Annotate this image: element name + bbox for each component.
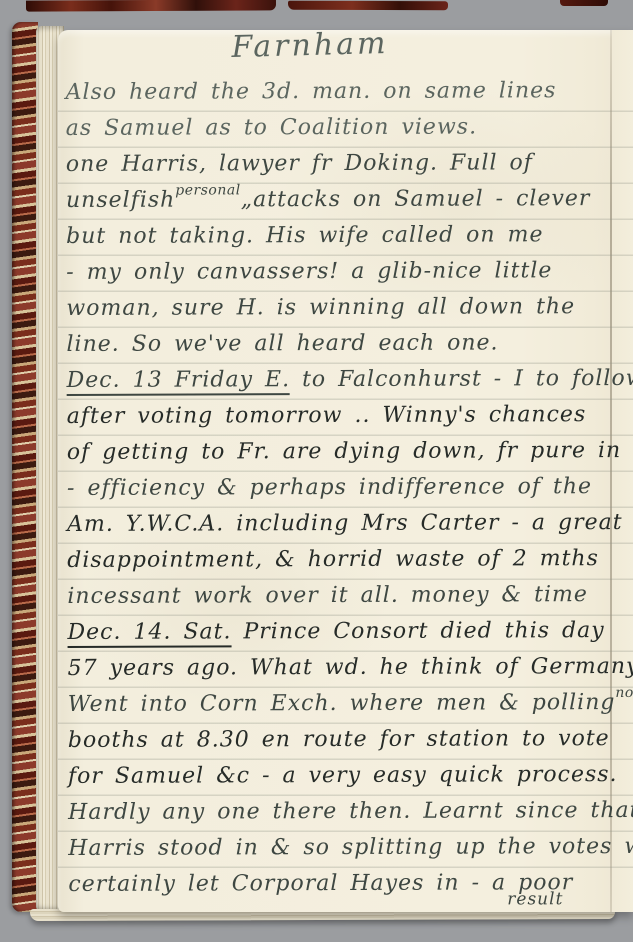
manuscript-line: - efficiency & perhaps indifference of t… [67,469,612,507]
line-text: one Harris, lawyer fr Doking. Full of [66,150,533,177]
line-text: Prince Consort died this day [231,618,604,644]
line-text: Went into Corn Exch. where men & polling [68,690,616,717]
manuscript-line: booths at 8.30 en route for station to v… [68,721,613,759]
line-text: for Samuel &c - a very easy quick proces… [68,762,618,789]
manuscript-line: Dec. 14. Sat. Prince Consort died this d… [67,613,612,651]
manuscript-line: for Samuel &c - a very easy quick proces… [68,757,613,795]
line-text: Hardly any one there then. Learnt since … [68,798,633,825]
line-text: unselfish [66,188,175,213]
manuscript-line: Also heard the 3d. man. on same lines [66,73,611,111]
manuscript-line: incessant work over it all. money & time [67,577,612,615]
manuscript-line: line. So we've all heard each one. [66,325,611,363]
manuscript-line: disappointment, & horrid waste of 2 mths [67,541,612,579]
inserted-word: now [615,685,633,701]
manuscript-line: - my only canvassers! a glib-nice little [66,253,611,291]
manuscript-line: but not taking. His wife called on me [66,217,611,255]
marbled-fore-edge [12,22,38,912]
book-top-edge-red [288,1,448,11]
underlined-date: Dec. 13 Friday E. [67,367,291,396]
manuscript-line: Am. Y.W.C.A. including Mrs Carter - a gr… [67,505,612,543]
line-text: certainly let Corporal Hayes in - a poor [68,870,573,897]
manuscript-line: unselfishpersonal„attacks on Samuel - cl… [66,181,611,219]
manuscript-line: 57 years ago. What wd. he think of Germa… [68,649,613,687]
manuscript-line: Hardly any one there then. Learnt since … [68,793,613,831]
notebook-page: Farnham Also heard the 3d. man. on same … [58,30,633,912]
line-text: after voting tomorrow .. Winny's chances [67,402,587,429]
line-text: woman, sure H. is winning all down the [66,294,575,321]
manuscript-line: after voting tomorrow .. Winny's chances [67,397,612,435]
line-text: 57 years ago. What wd. he think of Germa… [68,654,633,681]
book-top-edge-red [26,0,276,12]
scanned-diary-photo: Farnham Also heard the 3d. man. on same … [0,0,633,942]
line-text: - efficiency & perhaps indifference of t… [67,474,592,501]
underlined-date: Dec. 14. Sat. [67,619,231,648]
book-top-edge-red [560,0,608,6]
manuscript-line: certainly let Corporal Hayes in - a poor… [68,865,613,903]
line-text: Also heard the 3d. man. on same lines [66,78,557,105]
manuscript-line: woman, sure H. is winning all down the [66,289,611,327]
line-text: but not taking. His wife called on me [66,222,543,249]
line-text: Am. Y.W.C.A. including Mrs Carter - a gr… [67,510,623,537]
line-text: to Falconhurst - I to follow [290,366,633,392]
page-title: Farnham [100,23,521,69]
manuscript-line: as Samuel as to Coalition views. [66,109,611,147]
line-text: booths at 8.30 en route for station to v… [68,726,610,753]
line-text: as Samuel as to Coalition views. [66,115,477,141]
manuscript-line: Dec. 13 Friday E. to Falconhurst - I to … [67,361,612,399]
line-text: disappointment, & horrid waste of 2 mths [67,546,599,573]
inserted-word: personal [175,182,240,198]
line-text: - my only canvassers! a glib-nice little [66,258,552,285]
manuscript-body: Also heard the 3d. man. on same lines as… [66,73,614,903]
line-text: of getting to Fr. are dying down, fr pur… [67,438,621,465]
line-text: incessant work over it all. money & time [67,582,588,609]
manuscript-line: of getting to Fr. are dying down, fr pur… [67,433,612,471]
line-text: „attacks on Samuel - clever [241,186,591,212]
manuscript-line: one Harris, lawyer fr Doking. Full of [66,145,611,183]
manuscript-line: Went into Corn Exch. where men & polling… [68,685,613,723]
line-text: Harris stood in & so splitting up the vo… [68,834,633,861]
manuscript-line: Harris stood in & so splitting up the vo… [68,829,613,867]
line-text: line. So we've all heard each one. [66,330,498,357]
dropped-word: result [507,889,563,909]
